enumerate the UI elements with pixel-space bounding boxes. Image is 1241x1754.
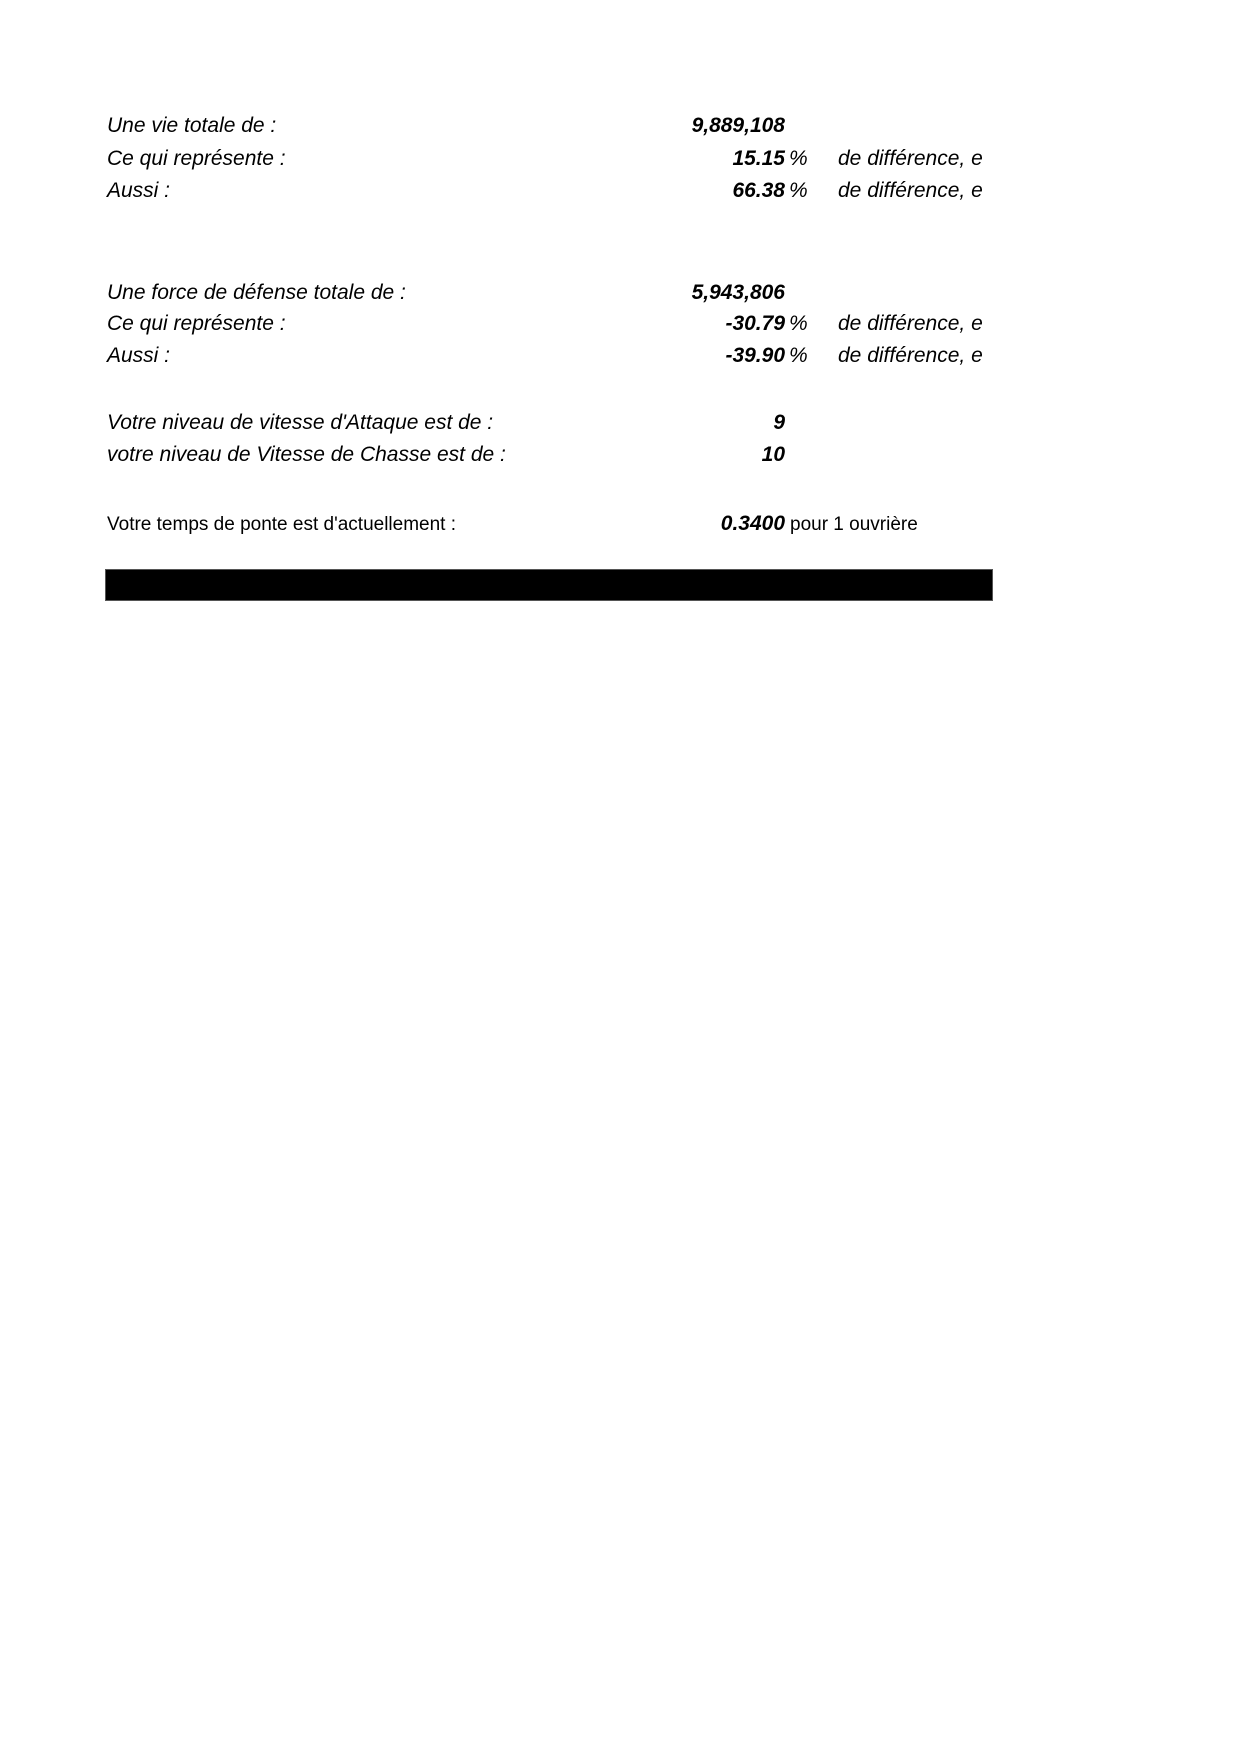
life-diff-label-2: Aussi : [107, 180, 170, 201]
life-total-value: 9,889,108 [692, 115, 785, 136]
percent-sign: % [789, 345, 808, 366]
percent-sign: % [789, 180, 808, 201]
life-diff-row-1: Ce qui représente : 15.15 % de différenc… [0, 139, 1241, 169]
percent-sign: % [789, 148, 808, 169]
hunt-speed-label: votre niveau de Vitesse de Chasse est de… [107, 444, 506, 465]
laying-time-label: Votre temps de ponte est d'actuellement … [107, 515, 456, 534]
life-total-row: Une vie totale de : 9,889,108 [0, 106, 1241, 136]
defense-diff-value-2: -39.90 [725, 345, 785, 366]
life-diff-note-2: de différence, e [838, 180, 992, 201]
life-diff-value-1: 15.15 [732, 148, 785, 169]
defense-diff-note-1: de différence, e [838, 313, 992, 334]
laying-time-unit: pour 1 ouvrière [790, 515, 918, 534]
life-diff-note-1: de différence, e [838, 148, 992, 169]
life-diff-row-2: Aussi : 66.38 % de différence, e [0, 171, 1241, 201]
defense-total-value: 5,943,806 [692, 282, 785, 303]
hunt-speed-row: votre niveau de Vitesse de Chasse est de… [0, 435, 1241, 465]
defense-total-row: Une force de défense totale de : 5,943,8… [0, 273, 1241, 303]
attack-speed-label: Votre niveau de vitesse d'Attaque est de… [107, 412, 493, 433]
life-diff-value-2: 66.38 [732, 180, 785, 201]
attack-speed-value: 9 [773, 412, 785, 433]
defense-diff-label-1: Ce qui représente : [107, 313, 286, 334]
black-separator-bar [105, 569, 993, 601]
defense-diff-note-2: de différence, e [838, 345, 992, 366]
life-total-label: Une vie totale de : [107, 115, 276, 136]
attack-speed-row: Votre niveau de vitesse d'Attaque est de… [0, 403, 1241, 433]
life-diff-label-1: Ce qui représente : [107, 148, 286, 169]
defense-total-label: Une force de défense totale de : [107, 282, 406, 303]
hunt-speed-value: 10 [762, 444, 785, 465]
defense-diff-value-1: -30.79 [725, 313, 785, 334]
defense-diff-row-1: Ce qui représente : -30.79 % de différen… [0, 304, 1241, 334]
laying-time-value: 0.3400 [721, 513, 785, 534]
laying-time-row: Votre temps de ponte est d'actuellement … [0, 504, 1241, 534]
percent-sign: % [789, 313, 808, 334]
defense-diff-label-2: Aussi : [107, 345, 170, 366]
defense-diff-row-2: Aussi : -39.90 % de différence, e [0, 336, 1241, 366]
